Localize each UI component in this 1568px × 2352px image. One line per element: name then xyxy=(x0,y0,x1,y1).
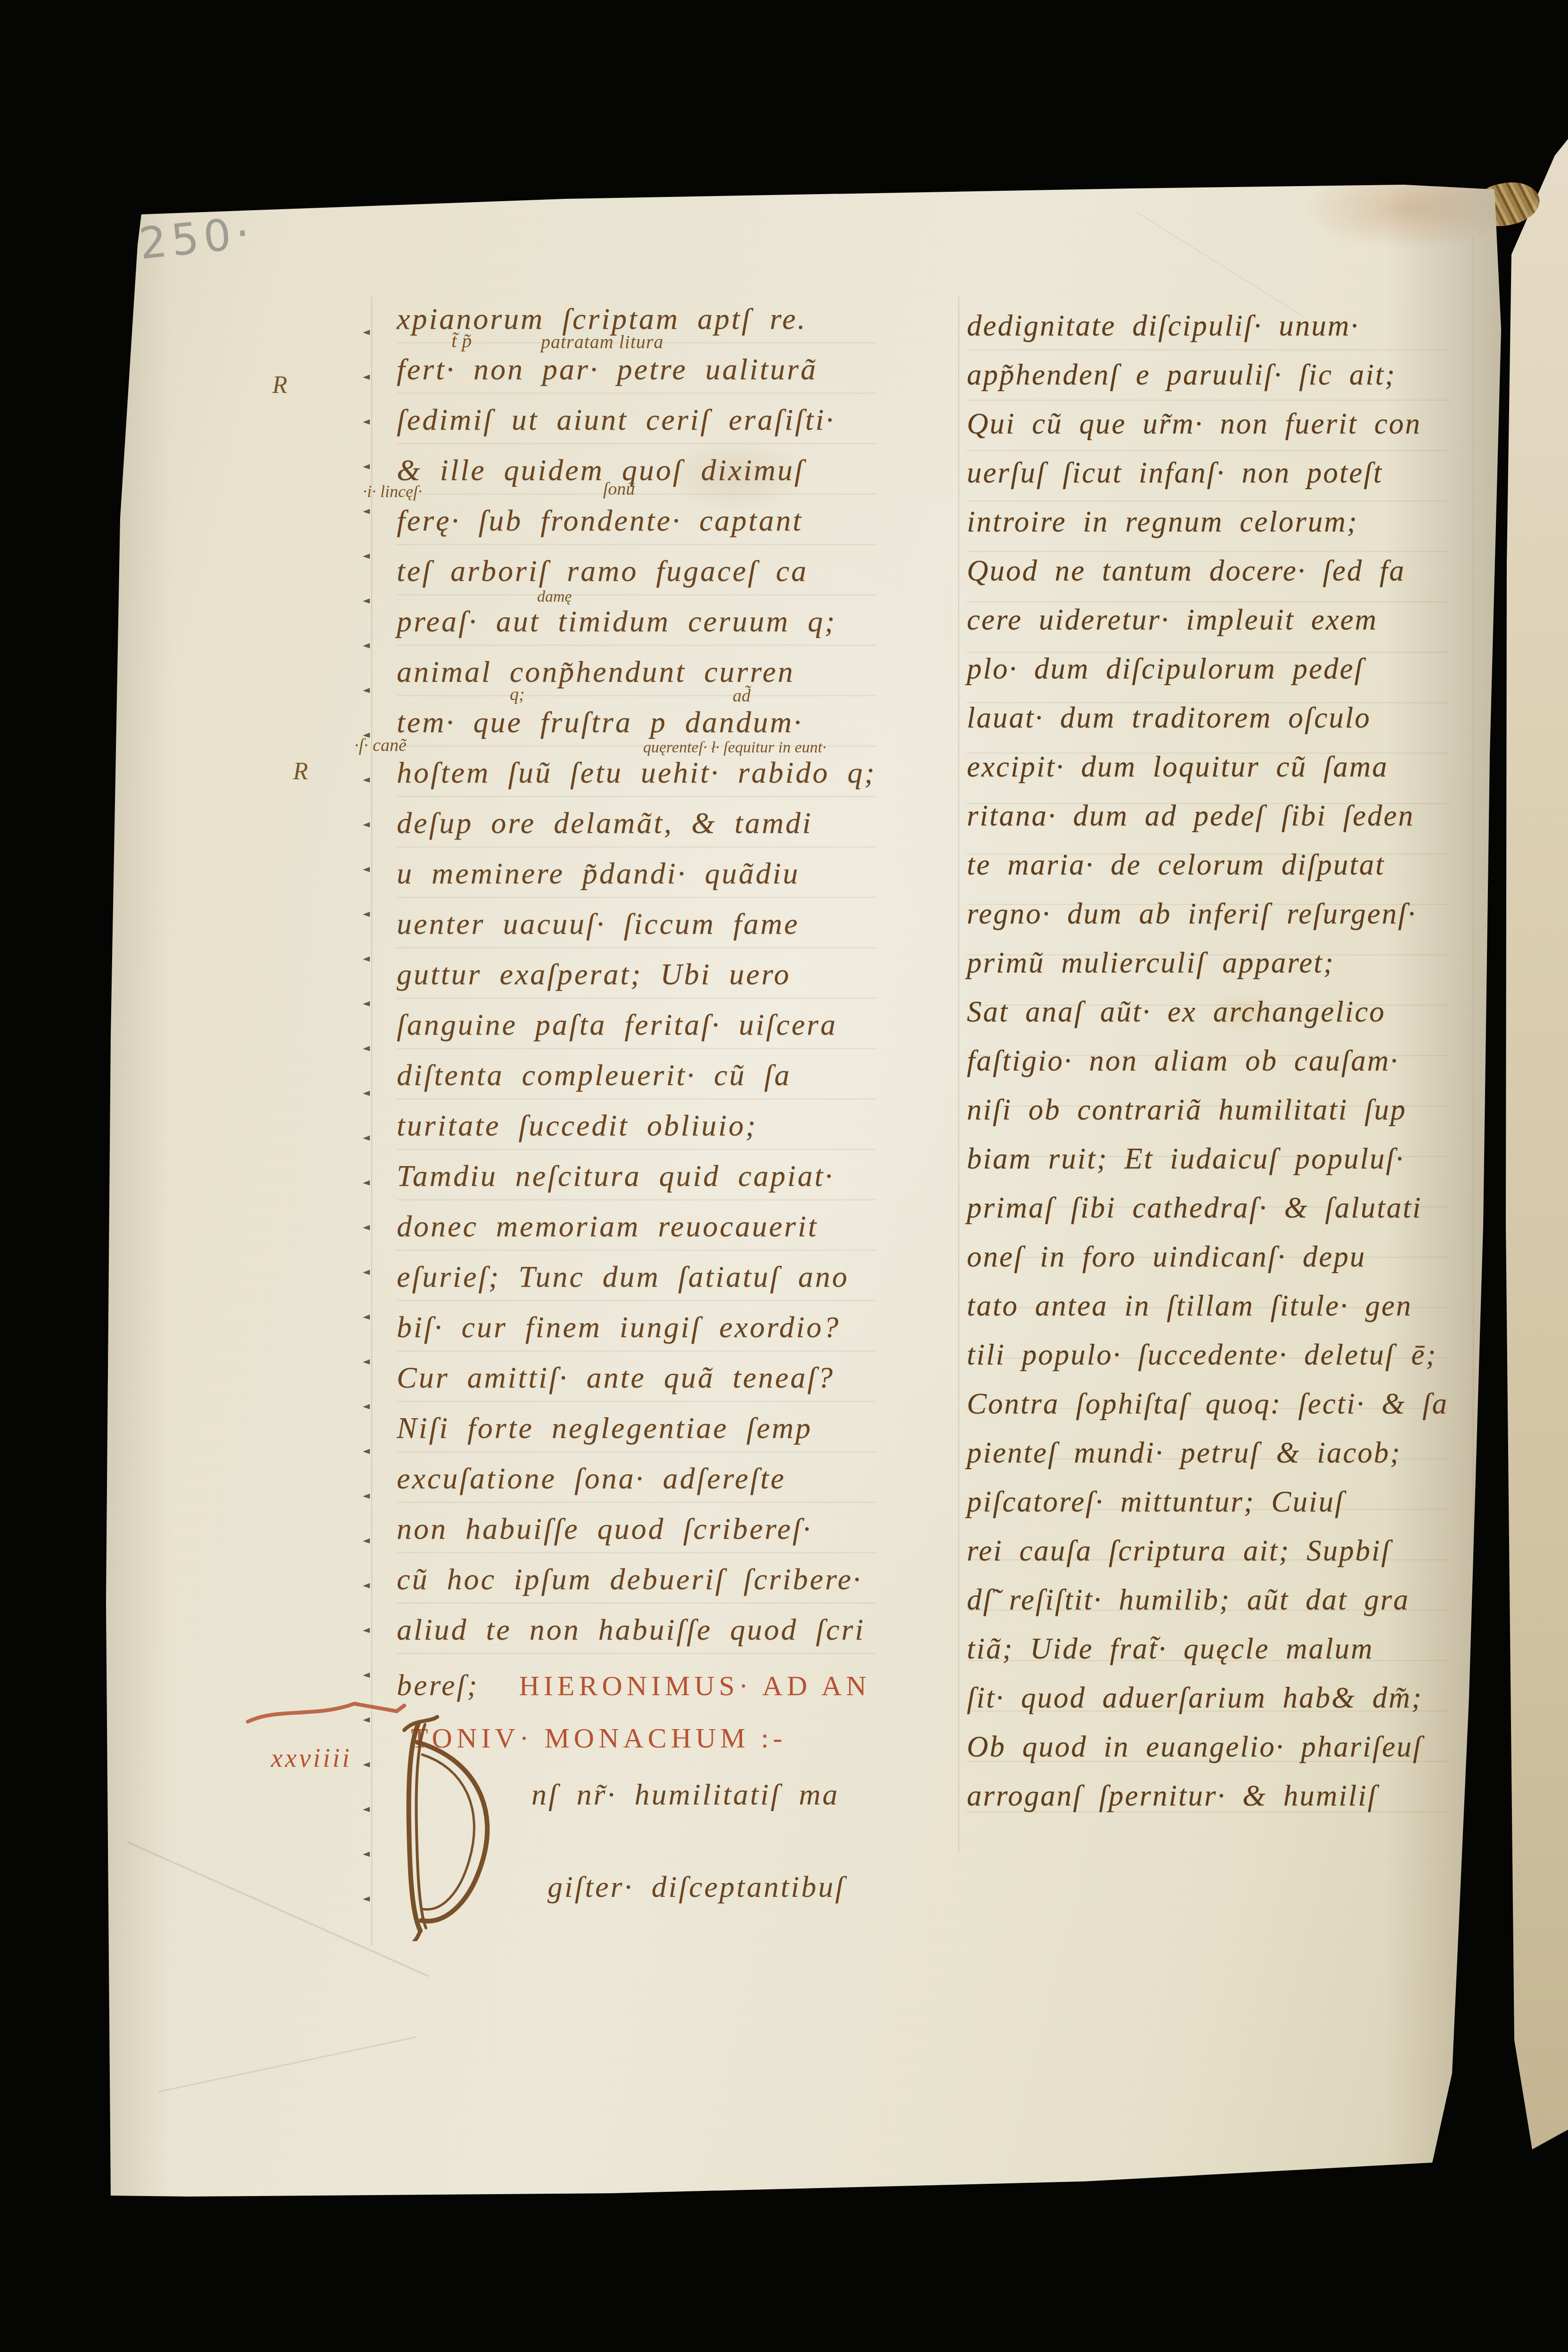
manuscript-line: tiã; Uide frat̃· quęcle malum xyxy=(967,1632,1448,1681)
prick-mark xyxy=(363,375,370,380)
manuscript-line: tili populo· ſuccedente· deletuſ ē; xyxy=(967,1338,1448,1387)
prick-mark xyxy=(363,1225,370,1230)
prick-mark xyxy=(363,643,370,648)
response-mark: R xyxy=(272,371,287,399)
manuscript-line: fert· non par· petre ualiturã xyxy=(397,352,876,402)
manuscript-line: plo· dum diſcipulorum pedeſ xyxy=(967,652,1448,701)
manuscript-line: guttur exaſperat; Ubi uero xyxy=(397,957,876,1007)
manuscript-line: donec memoriam reuocauerit xyxy=(397,1209,876,1259)
manuscript-line: dſ̃ reſiſtit· humilib; aũt dat gra xyxy=(967,1583,1448,1632)
manuscript-line: ritana· dum ad pedeſ ſibi ſeden xyxy=(967,799,1448,848)
prick-mark xyxy=(363,1449,370,1454)
prick-mark xyxy=(363,1896,370,1902)
manuscript-line: excuſatione ſona· adſereſte xyxy=(397,1461,876,1511)
manuscript-line: cere uideretur· impleuit exem xyxy=(967,603,1448,652)
manuscript-line: ferę· ſub frondente· captant xyxy=(397,503,876,554)
manuscript-line: introire in regnum celorum; xyxy=(967,505,1448,554)
manuscript-line: piſcatoreſ· mittuntur; Cuiuſ xyxy=(967,1485,1448,1534)
manuscript-line: rei cauſa ſcriptura ait; Supbiſ xyxy=(967,1534,1448,1583)
interlinear-gloss: ·ſ· canẽ xyxy=(354,735,407,756)
manuscript-line: uerſuſ ſicut infanſ· non poteſt xyxy=(967,456,1448,505)
manuscript-line: teſ arboriſ ramo fugaceſ ca xyxy=(397,554,876,604)
manuscript-line: Quod ne tantum docere· ſed fa xyxy=(967,554,1448,603)
incipit-line: giſter· diſceptantibuſ xyxy=(547,1870,845,1904)
ruling-line xyxy=(1473,236,1474,2073)
manuscript-line: Niſi forte neglegentiae ſemp xyxy=(397,1411,876,1461)
incipit-line: nſ nr̃· humilitatiſ ma xyxy=(531,1777,840,1812)
manuscript-line: Sat anaſ aũt· ex archangelico xyxy=(967,995,1448,1044)
prick-mark xyxy=(363,1091,370,1096)
manuscript-line: biſ· cur finem iungiſ exordio? xyxy=(397,1310,876,1360)
prick-mark xyxy=(363,1494,370,1499)
manuscript-line: app̃hendenſ e paruuliſ· ſic ait; xyxy=(967,358,1448,407)
prick-mark xyxy=(363,1180,370,1185)
interlinear-gloss: ad̃ xyxy=(733,686,751,706)
prick-mark xyxy=(363,330,370,335)
prick-mark xyxy=(363,1628,370,1633)
manuscript-line: Ob quod in euangelio· phariſeuſ xyxy=(967,1730,1448,1779)
prick-mark xyxy=(363,1852,370,1857)
interlinear-gloss: patratam litura xyxy=(541,331,664,353)
manuscript-line: Qui cũ que ur̃m· non fuerit con xyxy=(967,407,1448,456)
prick-mark xyxy=(363,1315,370,1320)
interlinear-gloss: damę xyxy=(537,588,572,606)
manuscript-line: u meminere p̃dandi· quãdiu xyxy=(397,856,876,906)
manuscript-line: cũ hoc ipſum debueriſ ſcribere· xyxy=(397,1562,876,1612)
parchment-crease xyxy=(158,2036,416,2092)
prick-mark xyxy=(363,1359,370,1364)
prick-mark xyxy=(363,419,370,425)
prick-mark xyxy=(363,1762,370,1767)
prick-mark xyxy=(363,777,370,783)
manuscript-line: biam ruit; Et iudaicuſ populuſ· xyxy=(967,1142,1448,1191)
interlinear-gloss: ſonũ xyxy=(603,479,635,499)
prick-mark xyxy=(363,1001,370,1006)
right-text-column: dedignitate diſcipuliſ· unum·app̃hendenſ… xyxy=(967,309,1448,1828)
prick-mark xyxy=(363,1404,370,1409)
prick-mark xyxy=(363,688,370,693)
manuscript-line: lauat· dum traditorem oſculo xyxy=(967,701,1448,750)
prick-mark xyxy=(363,956,370,962)
manuscript-line: faſtigio· non aliam ob cauſam· xyxy=(967,1044,1448,1093)
prick-mark xyxy=(363,822,370,827)
interlinear-gloss: ·i· lincęſ· xyxy=(363,482,422,501)
manuscript-line: ſit· quod aduerſarium hab& dm̃; xyxy=(967,1681,1448,1730)
prick-mark xyxy=(363,1538,370,1543)
response-mark: R xyxy=(293,758,308,785)
prick-mark xyxy=(363,1583,370,1588)
interlinear-gloss: q; xyxy=(510,684,525,705)
prick-mark xyxy=(363,464,370,469)
manuscript-line: uenter uacuuſ· ſiccum fame xyxy=(397,906,876,957)
manuscript-line: turitate ſuccedit obliuio; xyxy=(397,1108,876,1159)
manuscript-line: & ille quidem quoſ diximuſ xyxy=(397,453,876,503)
initial-letter-D xyxy=(377,1715,528,1941)
manuscript-line: pienteſ mundi· petruſ & iacob; xyxy=(967,1436,1448,1485)
photograph-canvas: 250· R R xpianorum ſcriptam aptſ re.fert… xyxy=(0,0,1568,2352)
manuscript-line: Contra ſophiſtaſ quoq: ſecti· & ſa xyxy=(967,1387,1448,1436)
manuscript-line: oneſ in foro uindicanſ· depu xyxy=(967,1240,1448,1289)
prick-mark xyxy=(363,598,370,604)
manuscript-line: ſanguine paſta feritaſ· uiſcera xyxy=(397,1007,876,1058)
manuscript-line: dedignitate diſcipuliſ· unum· xyxy=(967,309,1448,358)
manuscript-line: diſtenta compleuerit· cũ ſa xyxy=(397,1058,876,1108)
manuscript-line: tato antea in ſtillam ſitule· gen xyxy=(967,1289,1448,1338)
rubric-title-line1: HIERONIMUS· AD AN xyxy=(519,1670,870,1701)
manuscript-line: Tamdiu neſcitura quid capiat· xyxy=(397,1159,876,1209)
prick-mark xyxy=(363,554,370,559)
ruling-line xyxy=(958,297,959,1852)
left-edge-shadow xyxy=(106,207,172,2196)
manuscript-line: ſedimiſ ut aiunt ceriſ eraſiſti· xyxy=(397,402,876,453)
manuscript-line: animal conp̃hendunt curren xyxy=(397,654,876,705)
prick-mark xyxy=(363,912,370,917)
interlinear-gloss: t̃ p̃ xyxy=(451,330,472,352)
prick-mark xyxy=(363,867,370,872)
prick-mark xyxy=(363,1673,370,1678)
manuscript-line: te maria· de celorum diſputat xyxy=(967,848,1448,897)
parchment-crease xyxy=(1136,212,1305,318)
prick-mark xyxy=(363,1270,370,1275)
manuscript-line: aliud te non habuiſſe quod ſcri xyxy=(397,1612,876,1663)
manuscript-line: hoſtem ſuũ ſetu uehit· rabido q; xyxy=(397,755,876,806)
prick-mark xyxy=(363,1046,370,1051)
manuscript-line: primũ mulierculiſ apparet; xyxy=(967,946,1448,995)
prick-mark xyxy=(363,509,370,514)
left-text-column: xpianorum ſcriptam aptſ re.fert· non par… xyxy=(397,302,876,1663)
manuscript-line: Cur amittiſ· ante quã teneaſ? xyxy=(397,1360,876,1411)
manuscript-line: deſup ore delamãt, & tamdi xyxy=(397,806,876,856)
interlinear-gloss: quęrenteſ· ł· ſequitur in eunt· xyxy=(643,739,826,757)
manuscript-line: non habuiſſe quod ſcribereſ· xyxy=(397,1511,876,1562)
manuscript-line: arroganſ ſpernitur· & humiliſ xyxy=(967,1779,1448,1828)
rubric-line-1-row: bereſ;HIERONIMUS· AD AN xyxy=(397,1668,871,1703)
manuscript-line: regno· dum ab inferiſ reſurgenſ· xyxy=(967,897,1448,946)
manuscript-line: primaſ ſibi cathedraſ· & ſalutati xyxy=(967,1191,1448,1240)
prick-mark xyxy=(363,1135,370,1141)
manuscript-line: preaſ· aut timidum ceruum q; xyxy=(397,604,876,654)
manuscript-line: eſurieſ; Tunc dum ſatiatuſ ano xyxy=(397,1259,876,1310)
chapter-number-marginal: xxviiii xyxy=(271,1743,352,1773)
manuscript-line: niſi ob contrariã humilitati ſup xyxy=(967,1093,1448,1142)
prick-mark xyxy=(363,1807,370,1812)
manuscript-line: excipit· dum loquitur cũ ſama xyxy=(967,750,1448,799)
manuscript-page: 250· R R xpianorum ſcriptam aptſ re.fert… xyxy=(0,0,1568,2352)
